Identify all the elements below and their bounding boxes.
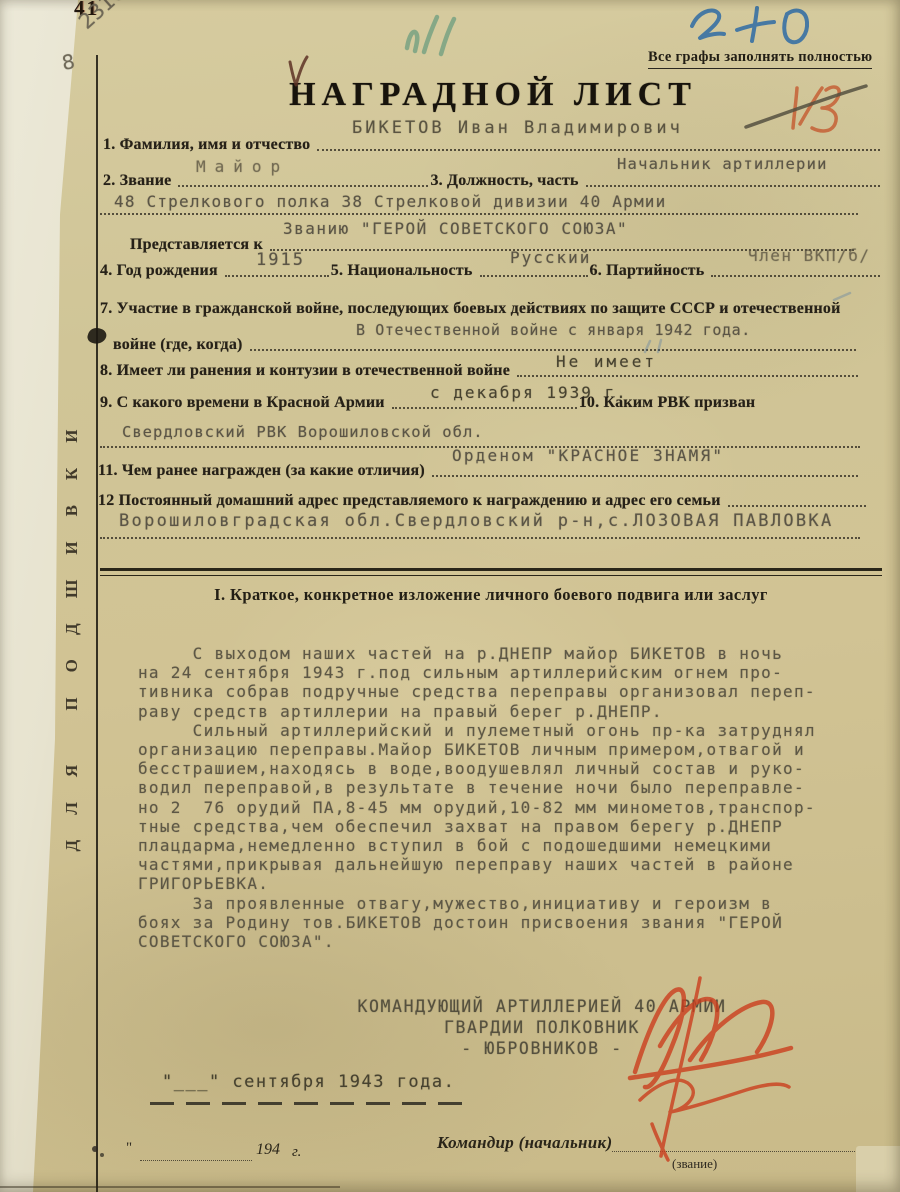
scanned-award-sheet: ДЛЯ ПОДШИВКИ 41 2316 8 Все графы заполня… — [0, 0, 900, 1192]
section-divider-rule — [100, 568, 882, 576]
orange-stroke — [812, 87, 839, 131]
signature-surname: - ЮБРОВНИКОВ - — [342, 1038, 742, 1059]
dotted-leader — [225, 273, 329, 277]
field-address-label: 12 Постоянный домашний адрес представляе… — [98, 492, 721, 510]
ink-blot — [86, 326, 108, 347]
field-duty-label: 3. Должность, часть — [430, 172, 578, 190]
field-910-row: 9. С какого времени в Красной Армии 10. … — [100, 394, 860, 412]
signature-stroke — [652, 1124, 668, 1160]
field-birth-year-label: 4. Год рождения — [100, 262, 218, 280]
signature-title: КОМАНДУЮЩИЙ АРТИЛЛЕРИЕЙ 40 АРМИИ — [342, 996, 742, 1017]
orange-stroke — [800, 88, 822, 124]
dotted-leader — [432, 473, 858, 477]
rule-line — [100, 211, 858, 215]
margin-note: ДЛЯ ПОДШИВКИ — [62, 393, 82, 863]
citation-paragraph-2: Сильный артиллерийский и пулеметный огон… — [138, 721, 862, 894]
blue-pencil-mark — [692, 8, 807, 42]
blue-stroke-plus-v — [752, 8, 757, 41]
field-rank-duty-row: 2. Звание 3. Должность, часть — [103, 172, 882, 190]
form-left-rule — [96, 55, 98, 1192]
citation-paragraph-3: За проявленные отвагу,мужество,инициатив… — [138, 894, 862, 952]
dotted-leader — [711, 273, 880, 277]
year-printed: 194 — [256, 1141, 280, 1159]
ink-speck — [92, 1146, 98, 1152]
green-stroke — [424, 17, 437, 52]
field-address-value: Ворошиловградская обл.Свердловский р-н,с… — [119, 511, 834, 531]
citation-paragraph-1: С выходом наших частей на р.ДНЕПР майор … — [138, 644, 862, 721]
field-nationality-label: 5. Национальность — [331, 262, 473, 280]
date-line: "___" сентября 1943 года. — [162, 1072, 455, 1092]
orange-stroke — [793, 88, 797, 128]
field-party-label: 6. Партийность — [590, 262, 705, 280]
commander-label: Командир (начальник) — [437, 1133, 612, 1153]
field-name-row: 1. Фамилия, имя и отчество — [103, 136, 882, 154]
field-unit-value: 48 Стрелкового полка 38 Стрелковой дивиз… — [114, 192, 666, 211]
signature-block: КОМАНДУЮЩИЙ АРТИЛЛЕРИЕЙ 40 АРМИИ ГВАРДИИ… — [342, 996, 742, 1059]
field-456-row: 4. Год рождения 5. Национальность 6. Пар… — [100, 262, 882, 280]
year-suffix: г. — [292, 1144, 301, 1161]
section1-heading: I. Краткое, конкретное изложение личного… — [100, 585, 882, 605]
blue-stroke-plus-h — [737, 22, 774, 30]
page-title: НАГРАДНОЙ ЛИСТ — [283, 76, 703, 114]
field-war-participation-label1: 7. Участие в гражданской войне, последую… — [100, 300, 841, 318]
field-prior-awards-row: 11. Чем ранее награжден (за какие отличи… — [98, 462, 860, 480]
rank-caption: (звание) — [672, 1156, 717, 1172]
field-wounds-row: 8. Имеет ли ранения и контузии в отечест… — [100, 362, 860, 380]
pencil-letter: 8 — [60, 49, 77, 75]
field-war-participation-row2: войне (где, когда) — [113, 336, 858, 354]
orange-pencil-mark — [793, 87, 839, 131]
field-war-participation-label2: войне (где, когда) — [113, 336, 243, 354]
dotted-leader — [178, 183, 428, 187]
dotted-leader — [517, 373, 858, 377]
field-rvk-value: Свердловский РВК Ворошиловской обл. — [122, 423, 484, 441]
blue-stroke-0 — [784, 11, 807, 43]
dotted-leader — [612, 1149, 855, 1152]
field-address-row: 12 Постоянный домашний адрес представляе… — [98, 492, 868, 510]
dotted-leader — [317, 147, 880, 151]
field-duty-value: Начальник артиллерии — [617, 155, 828, 173]
ink-speck — [100, 1153, 104, 1157]
blue-trace — [834, 293, 850, 300]
dotted-leader — [250, 347, 856, 351]
margin-note-text: ДЛЯ ПОДШИВКИ — [62, 405, 81, 852]
field-army-since-label: 9. С какого времени в Красной Армии — [100, 394, 385, 412]
green-stroke — [441, 19, 454, 54]
citation-body: С выходом наших частей на р.ДНЕПР майор … — [138, 644, 862, 951]
dotted-leader — [586, 183, 880, 187]
blue-stroke-2 — [692, 11, 724, 38]
dotted-leader — [728, 503, 866, 507]
year-quote: " — [126, 1140, 132, 1157]
field-rvk-label: 10. Каким РВК призван — [579, 394, 756, 412]
field-rank-label: 2. Звание — [103, 172, 171, 190]
field-presented-for-label: Представляется к — [130, 236, 263, 254]
green-pencil-mark — [407, 17, 454, 54]
strikethrough-stroke — [746, 86, 866, 127]
field-wounds-label: 8. Имеет ли ранения и контузии в отечест… — [100, 362, 510, 380]
scan-corner-patch — [856, 1146, 900, 1192]
date-underline-dashes — [150, 1102, 472, 1105]
dotted-leader — [392, 405, 577, 409]
signature-stroke — [640, 1080, 789, 1112]
field-name-label: 1. Фамилия, имя и отчество — [103, 136, 310, 154]
green-stroke — [407, 32, 417, 51]
rule-line — [100, 535, 860, 539]
dotted-leader — [480, 273, 588, 277]
bottom-edge-line — [0, 1186, 340, 1188]
signature-rank: ГВАРДИИ ПОЛКОВНИК — [342, 1017, 742, 1038]
dotted-leader — [140, 1158, 252, 1161]
field-prior-awards-label: 11. Чем ранее награжден (за какие отличи… — [98, 462, 425, 480]
fill-all-fields-instruction: Все графы заполнять полностью — [648, 49, 872, 69]
field-name-value: БИКЕТОВ Иван Владимирович — [352, 118, 683, 138]
